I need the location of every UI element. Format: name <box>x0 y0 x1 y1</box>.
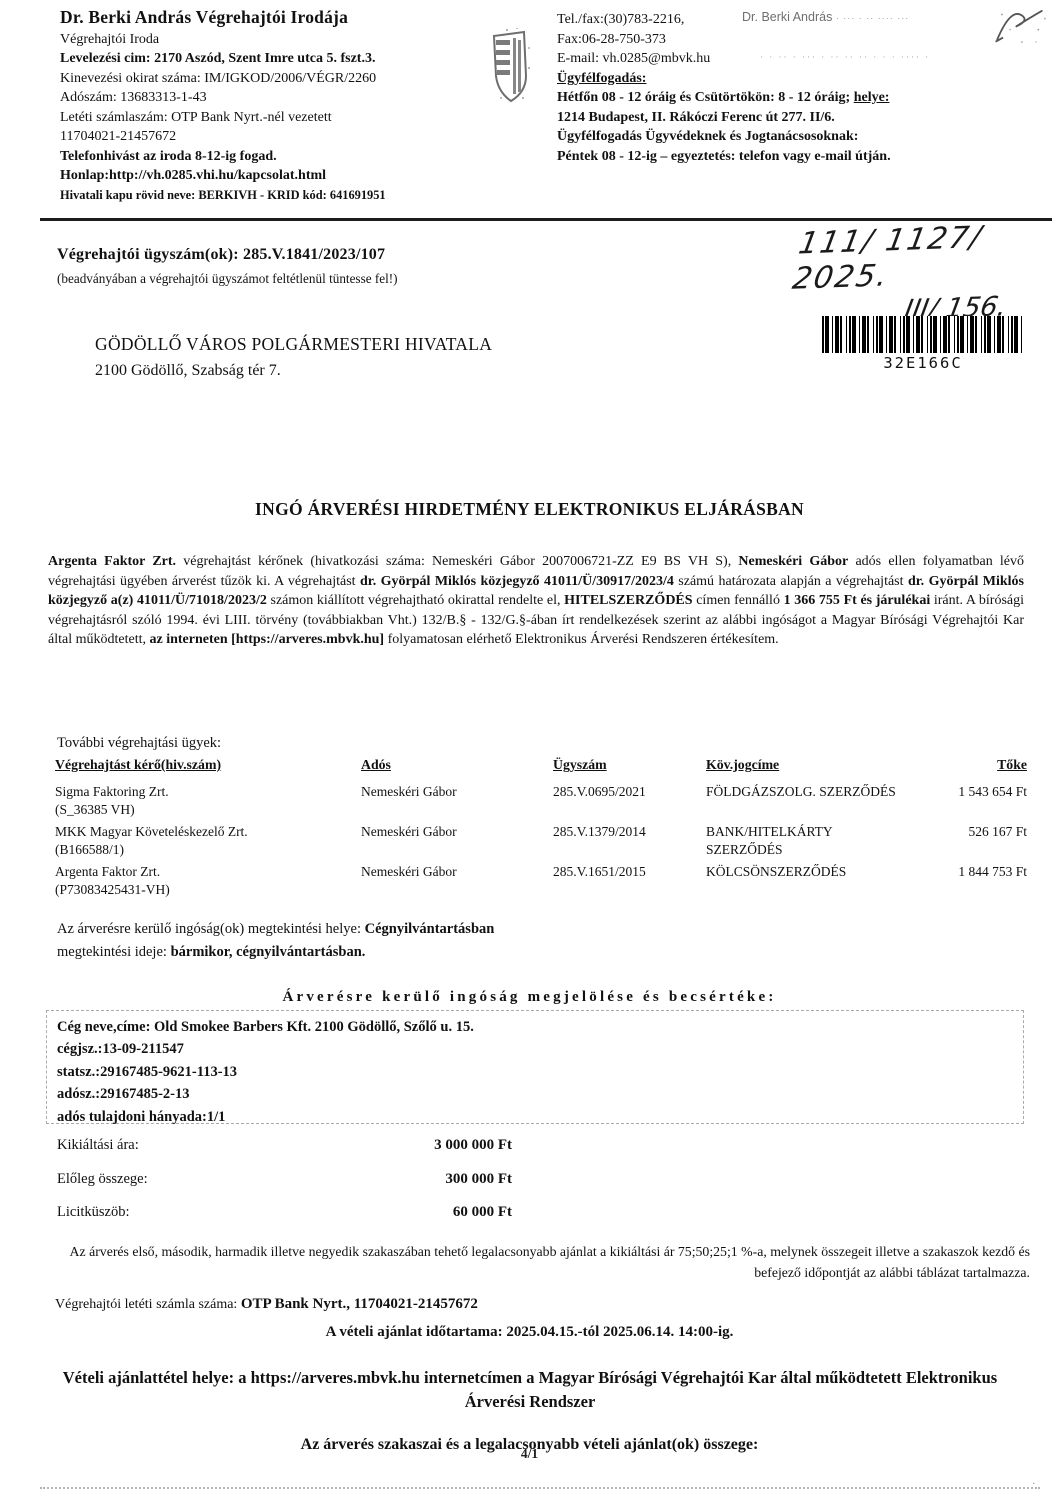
viewing-place-label: Az árverésre kerülő ingóság(ok) megtekin… <box>57 921 365 937</box>
price-row: Előleg összege: 300 000 Ft <box>57 1171 512 1205</box>
cell-debtor: Nemeskéri Gábor <box>361 863 553 881</box>
office-line: Letéti számlaszám: OTP Bank Nyrt.-nél ve… <box>60 108 510 128</box>
office-hours-line: Hétfőn 08 - 12 óráig és Csütörtökön: 8 -… <box>557 88 1017 108</box>
column-header-creditor: Végrehajtást kérő(hiv.szám) <box>55 756 361 774</box>
viewing-time-line: megtekintési ideje: bármikor, cégnyilván… <box>57 944 365 961</box>
case-number-note: (beadványában a végrehajtói ügyszámot fe… <box>57 271 398 287</box>
office-line: 11704021-21457672 <box>60 127 510 147</box>
creditor-name: Argenta Faktor Zrt. <box>48 554 176 569</box>
column-header-claim: Köv.jogcíme <box>706 756 912 774</box>
deposit-account-value: OTP Bank Nyrt., 11704021-21457672 <box>241 1296 478 1312</box>
office-krid-line: Hivatali kapu rövid neve: BERKIVH - KRID… <box>60 186 510 206</box>
handwritten-line: 111/ 1127/ 2025. <box>790 217 1059 297</box>
cell-claim: KÖLCSÖNSZERZŐDÉS <box>706 863 912 881</box>
notary-decision-ref: dr. Györpál Miklós közjegyző 41011/Ü/309… <box>360 574 674 589</box>
auction-site-ref: az interneten [https://arveres.mbvk.hu] <box>149 632 384 647</box>
signature-scribble-icon <box>987 0 1056 59</box>
cell-principal: 526 167 Ft <box>912 823 1027 841</box>
item-statno-line: statsz.:29167485-9621-113-13 <box>57 1061 1013 1083</box>
cell-creditor: Sigma Faktoring Zrt.(S_36385 VH) <box>55 783 361 818</box>
cell-creditor: MKK Magyar Követeléskezelő Zrt.(B166588/… <box>55 823 361 858</box>
fax-line: Fax:06-28-750-373 <box>557 30 1017 50</box>
office-line: Adószám: 13683313-1-43 <box>60 88 510 108</box>
item-regno-line: cégjsz.:13-09-211547 <box>57 1038 1013 1060</box>
price-label: Előleg összege: <box>57 1171 148 1188</box>
addressee-address: 2100 Gödöllő, Szabság tér 7. <box>95 362 281 380</box>
body-text: számú határozata alapján a végrehajtást <box>674 574 908 589</box>
office-header-block: Dr. Berki András Végrehajtói Irodája Vég… <box>60 8 510 205</box>
ghost-dots: · ··· · ·· ···· ··· <box>836 13 909 23</box>
price-list: Kikiáltási ára: 3 000 000 Ft Előleg össz… <box>57 1137 512 1238</box>
table-row: MKK Magyar Követeléskezelő Zrt.(B166588/… <box>55 823 1027 863</box>
body-text: folyamatosan elérhető Elektronikus Árver… <box>384 632 779 647</box>
case-number-line: Végrehajtói ügyszám(ok): 285.V.1841/2023… <box>57 246 385 264</box>
barcode-bars-icon <box>822 316 1024 353</box>
table-row: Sigma Faktoring Zrt.(S_36385 VH) Nemeské… <box>55 783 1027 823</box>
cell-caseno: 285.V.1379/2014 <box>553 823 706 841</box>
barcode-label: 32E166C <box>820 354 1026 372</box>
offer-place-paragraph: Vételi ajánlattétel helye: a https://arv… <box>55 1366 1005 1414</box>
scan-artifact-line <box>40 1487 1040 1489</box>
cell-principal: 1 844 753 Ft <box>912 863 1027 881</box>
viewing-place-line: Az árverésre kerülő ingóság(ok) megtekin… <box>57 921 494 938</box>
deposit-account-label: Végrehajtói letéti számla száma: <box>55 1297 241 1312</box>
ghost-name: Dr. Berki András <box>742 10 832 24</box>
claim-amount: 1 366 755 Ft és járulékai <box>784 593 931 608</box>
office-line: Kinevezési okirat száma: IM/IGKOD/2006/V… <box>60 69 510 89</box>
item-taxno-line: adósz.:29167485-2-13 <box>57 1083 1013 1105</box>
office-line: Telefonhivást az iroda 8-12-ig fogad. <box>60 147 510 167</box>
scanned-document-page: Dr. Berki András Végrehajtói Irodája Vég… <box>0 0 1059 1498</box>
body-text: számon kiállított végrehajtható okiratta… <box>267 593 564 608</box>
stage-percentages-note: Az árverés első, második, harmadik illet… <box>62 1242 1030 1283</box>
office-website-line: Honlap:http://vh.0285.vhi.hu/kapcsolat.h… <box>60 166 510 186</box>
coat-of-arms-stamp-icon <box>487 28 533 111</box>
price-value: 60 000 Ft <box>453 1204 512 1221</box>
office-hours-place-label: helye: <box>854 90 890 105</box>
price-label: Kikiáltási ára: <box>57 1137 139 1154</box>
office-name: Dr. Berki András Végrehajtói Irodája <box>60 8 510 28</box>
cell-debtor: Nemeskéri Gábor <box>361 783 553 801</box>
table-header-row: Végrehajtást kérő(hiv.szám) Adós Ügyszám… <box>55 756 1027 783</box>
price-value: 3 000 000 Ft <box>434 1137 512 1154</box>
cell-creditor: Argenta Faktor Zrt.(P73083425431-VH) <box>55 863 361 898</box>
document-title: INGÓ ÁRVERÉSI HIRDETMÉNY ELEKTRONIKUS EL… <box>0 499 1059 520</box>
item-share-line: adós tulajdoni hányada:1/1 <box>57 1106 1013 1128</box>
body-paragraph: Argenta Faktor Zrt. végrehajtást kérőnek… <box>48 552 1024 650</box>
further-cases-table: Végrehajtást kérő(hiv.szám) Adós Ügyszám… <box>55 756 1027 903</box>
stages-table-heading: Az árverés szakaszai és a legalacsonyabb… <box>0 1436 1059 1454</box>
price-row: Kikiáltási ára: 3 000 000 Ft <box>57 1137 512 1171</box>
header-divider <box>40 218 1052 221</box>
item-details-box: Cég neve,címe: Old Smokee Barbers Kft. 2… <box>46 1010 1024 1124</box>
column-header-principal: Tőke <box>912 756 1027 774</box>
office-hours-heading: Ügyfélfogadás: <box>557 69 1017 89</box>
cell-claim: FÖLDGÁZSZOLG. SZERZŐDÉS <box>706 783 912 801</box>
viewing-time-value: bármikor, cégnyilvántartásban. <box>171 944 366 960</box>
price-value: 300 000 Ft <box>445 1171 512 1188</box>
viewing-place-value: Cégnyilvántartásban <box>365 921 495 937</box>
office-line: Levelezési cim: 2170 Aszód, Szent Imre u… <box>60 49 510 69</box>
cell-claim: BANK/HITELKÁRTY SZERZŐDÉS <box>706 823 912 858</box>
scan-artifact-dot: · <box>1032 1478 1036 1490</box>
friday-hours-line: Péntek 08 - 12-ig – egyeztetés: telefon … <box>557 147 1017 167</box>
price-row: Licitküszöb: 60 000 Ft <box>57 1204 512 1238</box>
further-cases-heading: További végrehajtási ügyek: <box>57 735 221 752</box>
body-text: végrehajtást kérőnek (hivatkozási száma:… <box>176 554 738 569</box>
handwritten-registry-numbers: 111/ 1127/ 2025. III/ 156. <box>784 217 1059 330</box>
item-company-line: Cég neve,címe: Old Smokee Barbers Kft. 2… <box>57 1016 1013 1038</box>
viewing-time-label: megtekintési ideje: <box>57 944 171 960</box>
office-hours-text: Hétfőn 08 - 12 óráig és Csütörtökön: 8 -… <box>557 90 854 105</box>
lawyers-hours-line: Ügyfélfogadás Ügyvédeknek és Jogtanácsos… <box>557 127 1017 147</box>
office-address-line: 1214 Budapest, II. Rákóczi Ferenc út 277… <box>557 108 1017 128</box>
item-section-heading: Árverésre kerülő ingóság megjelölése és … <box>0 989 1059 1006</box>
cell-caseno: 285.V.1651/2015 <box>553 863 706 881</box>
addressee-name: GÖDÖLLŐ VÁROS POLGÁRMESTERI HIVATALA <box>95 334 492 355</box>
deposit-account-line: Végrehajtói letéti számla száma: OTP Ban… <box>55 1296 478 1313</box>
table-row: Argenta Faktor Zrt.(P73083425431-VH) Nem… <box>55 863 1027 903</box>
claim-title: HITELSZERZŐDÉS <box>564 593 692 608</box>
offer-period-line: A vételi ajánlat időtartama: 2025.04.15.… <box>0 1324 1059 1341</box>
column-header-debtor: Adós <box>361 756 553 774</box>
body-text: címen fennálló <box>693 593 784 608</box>
cell-debtor: Nemeskéri Gábor <box>361 823 553 841</box>
cell-principal: 1 543 654 Ft <box>912 783 1027 801</box>
contact-header-block: Tel./fax:(30)783-2216, Fax:06-28-750-373… <box>557 10 1017 166</box>
office-line: Végrehajtói Iroda <box>60 30 510 50</box>
price-label: Licitküszöb: <box>57 1204 130 1221</box>
barcode: 32E166C <box>820 316 1026 372</box>
debtor-name: Nemeskéri Gábor <box>738 554 848 569</box>
column-header-caseno: Ügyszám <box>553 756 706 774</box>
cell-caseno: 285.V.0695/2021 <box>553 783 706 801</box>
